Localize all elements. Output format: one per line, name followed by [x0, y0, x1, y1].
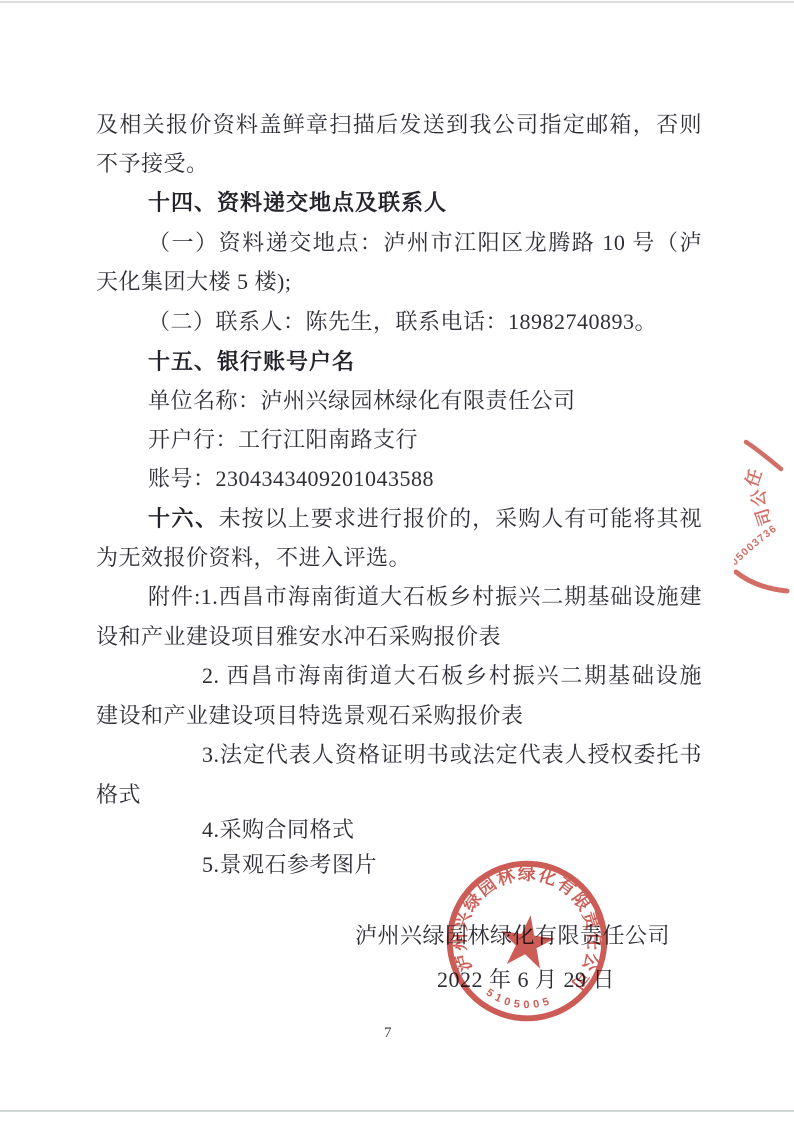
- body-line: （二）联系人：陈先生，联系电话：18982740893。: [96, 307, 702, 337]
- scan-edge-top: [0, 1, 794, 3]
- section-16-label: 十六、: [148, 506, 219, 531]
- attachment-line-3b: 格式: [96, 780, 702, 810]
- document-page: 及相关报价资料盖鲜章扫描后发送到我公司指定邮箱，否则 不予接受。 十四、资料递交…: [0, 0, 794, 1123]
- attachment-line-2b: 建设和产业建设项目特选景观石采购报价表: [96, 701, 702, 731]
- partial-seal-stamp: 任 公 司 05003736: [734, 438, 794, 596]
- section-16-text: 未按以上要求进行报价的，采购人有可能将其视: [219, 506, 702, 531]
- attachment-line-1b: 设和产业建设项目雅安水冲石采购报价表: [96, 622, 702, 652]
- partial-seal-char: 任: [741, 466, 766, 489]
- body-line: 天化集团大楼 5 楼);: [96, 267, 702, 297]
- scan-edge-bottom: [0, 1110, 794, 1112]
- attachment-line-4: 4.采购合同格式: [96, 815, 702, 845]
- partial-seal-border-arc-bottom: [736, 572, 787, 591]
- body-line: 十六、未按以上要求进行报价的，采购人有可能将其视: [96, 504, 702, 534]
- star-icon: [497, 911, 558, 970]
- body-line: 账号：2304343409201043588: [96, 464, 702, 494]
- partial-seal-serial-digits: 05003736: [734, 522, 780, 568]
- partial-seal-char: 公: [750, 490, 769, 507]
- section-heading-14: 十四、资料递交地点及联系人: [96, 188, 702, 218]
- body-line: 开户行：工行江阳南路支行: [96, 425, 702, 455]
- body-line: 及相关报价资料盖鲜章扫描后发送到我公司指定邮箱，否则: [96, 110, 702, 140]
- partial-seal-graphic: 任 公 司 05003736: [734, 438, 794, 596]
- partial-seal-border-arc-top: [746, 442, 781, 469]
- body-line: 不予接受。: [96, 149, 702, 179]
- attachment-line-1: 附件:1.西昌市海南街道大石板乡村振兴二期基础设施建: [96, 582, 702, 612]
- attachment-line-2: 2. 西昌市海南街道大石板乡村振兴二期基础设施: [96, 661, 702, 691]
- body-line: （一）资料递交地点：泸州市江阳区龙腾路 10 号（泸: [96, 228, 702, 258]
- company-seal-graphic: 泸州兴绿园林绿化有限责任公司 5105005003736: [432, 846, 622, 1036]
- body-line: 为无效报价资料，不进入评选。: [96, 543, 702, 573]
- section-heading-15: 十五、银行账号户名: [96, 347, 702, 377]
- company-seal-stamp: 泸州兴绿园林绿化有限责任公司 5105005003736: [432, 846, 622, 1036]
- body-line: 单位名称：泸州兴绿园林绿化有限责任公司: [96, 386, 702, 416]
- page-number: 7: [384, 1025, 392, 1042]
- attachment-line-3: 3.法定代表人资格证明书或法定代表人授权委托书: [96, 740, 702, 770]
